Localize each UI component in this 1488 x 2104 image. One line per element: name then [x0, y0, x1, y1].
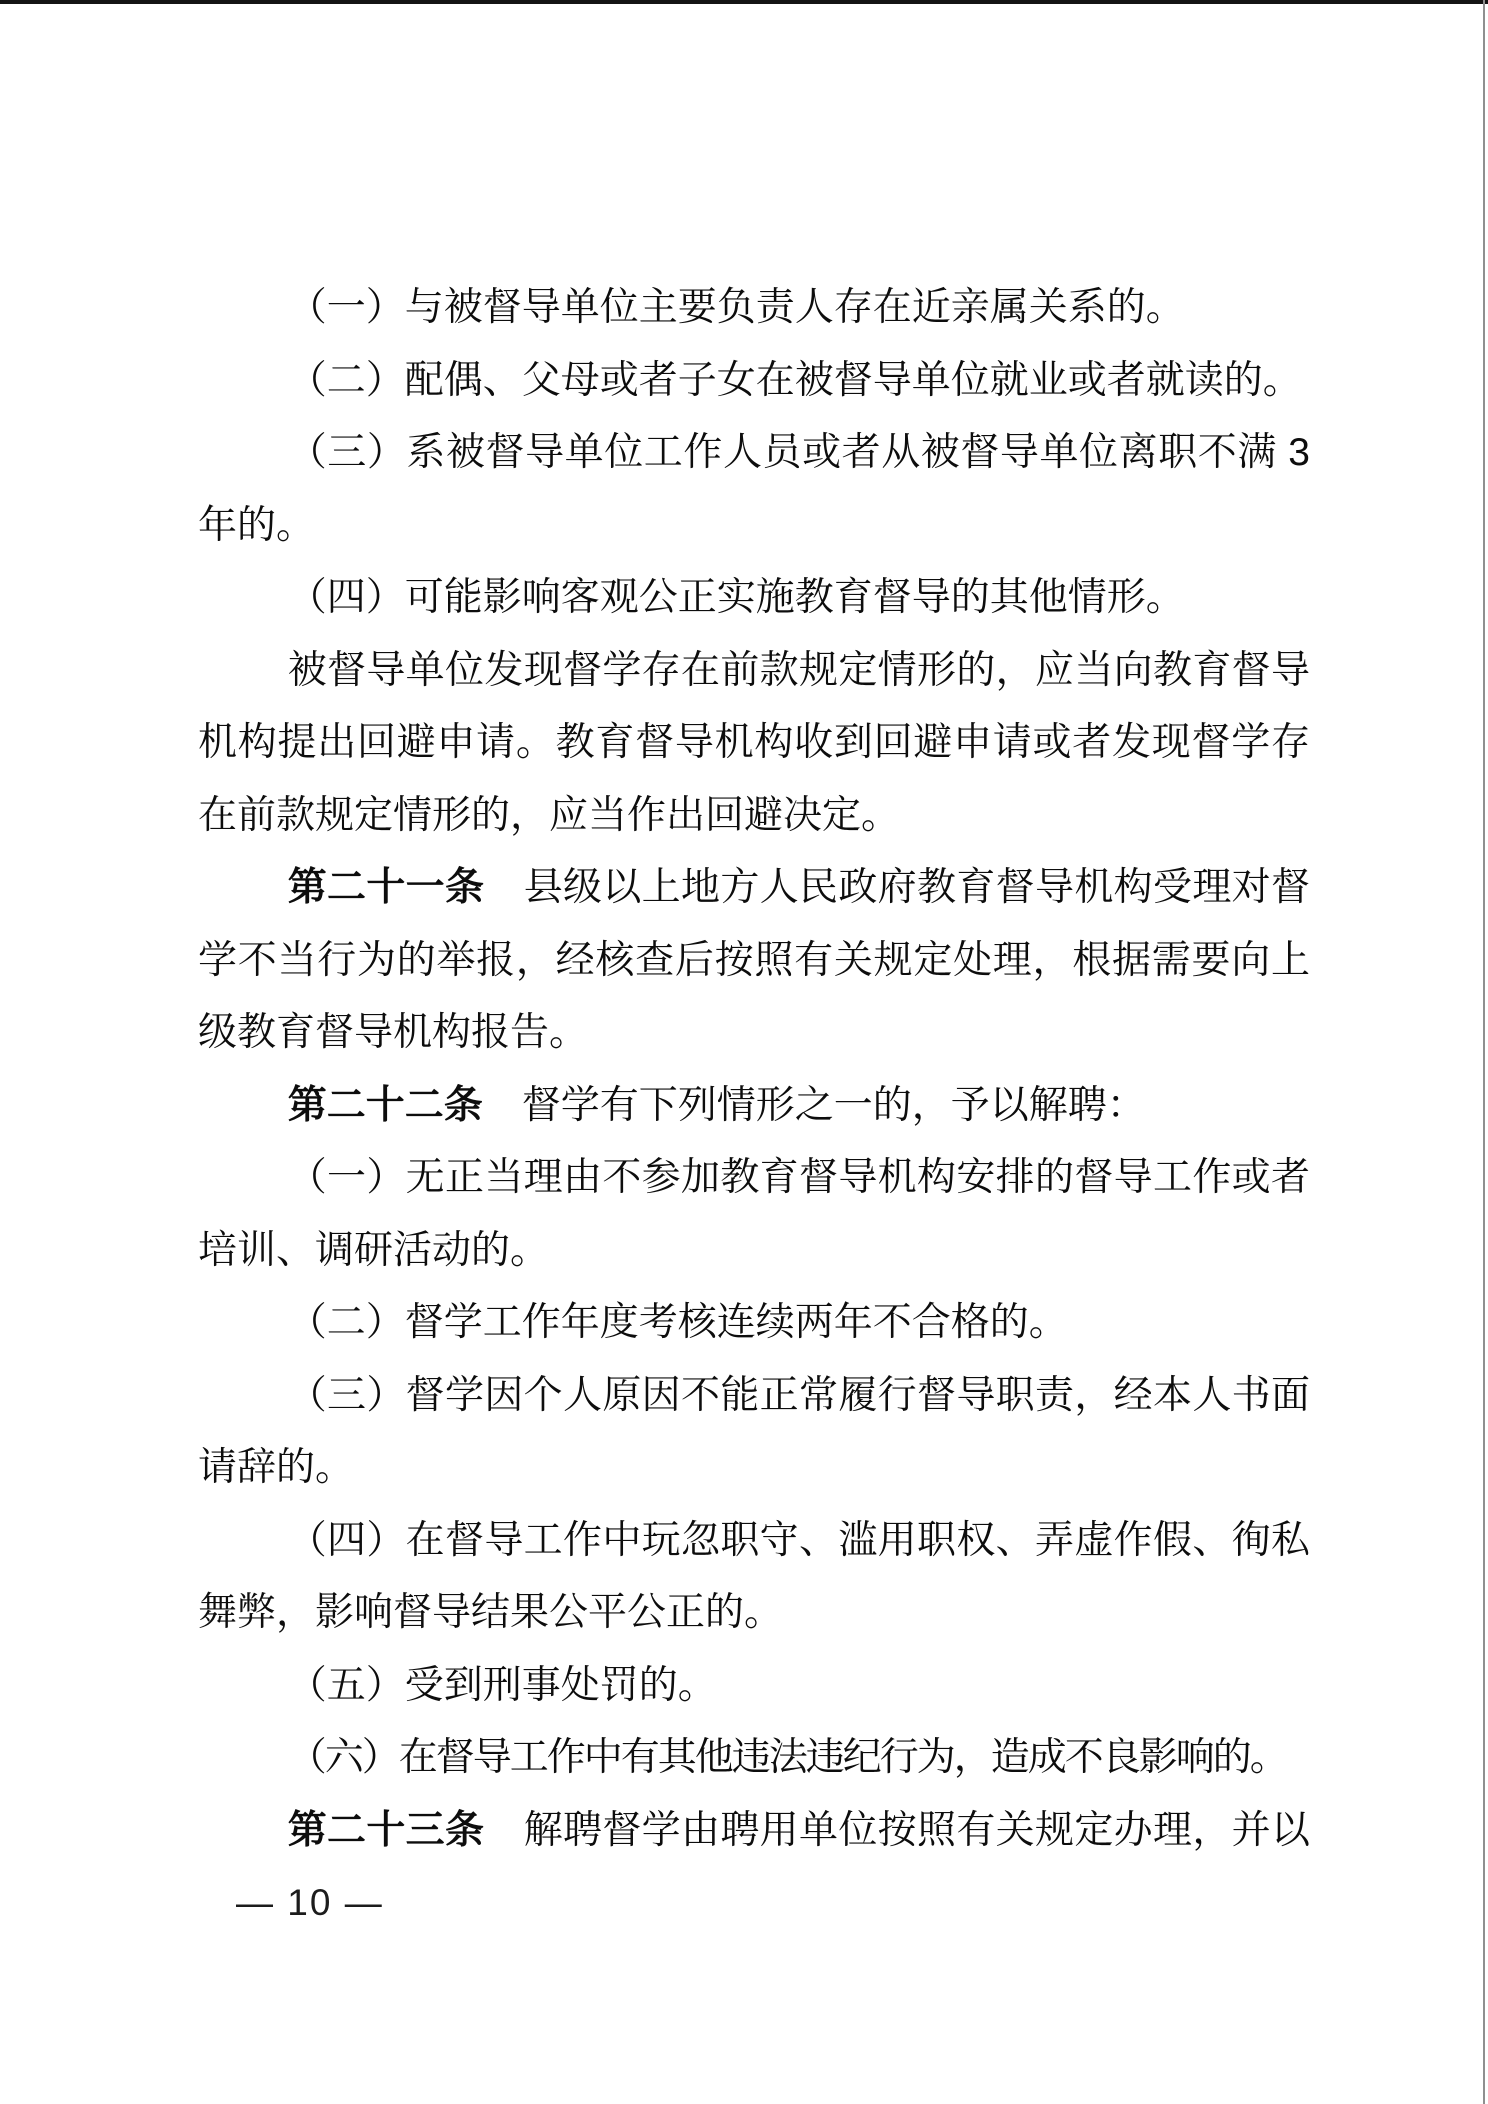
- line-text: 督学有下列情形之一的，予以解聘：: [483, 1084, 1146, 1127]
- text-line: 年的。: [198, 490, 1310, 563]
- article-number: 第二十二条: [288, 1084, 483, 1127]
- line-text: 舞弊，影响督导结果公平公正的。: [198, 1591, 783, 1634]
- line-text: 县级以上地方人民政府教育督导机构受理对督: [484, 866, 1310, 909]
- article-number: 第二十一条: [288, 866, 485, 909]
- text-line: 第二十三条 解聘督学由聘用单位按照有关规定办理，并以: [198, 1795, 1310, 1868]
- text-line: （四）在督导工作中玩忽职守、滥用职权、弄虚作假、徇私: [198, 1505, 1310, 1578]
- line-text: 年的。: [198, 504, 315, 547]
- text-line: （三）系被督导单位工作人员或者从被督导单位离职不满 3: [198, 417, 1310, 490]
- line-text: （四）在督导工作中玩忽职守、滥用职权、弄虚作假、徇私: [288, 1519, 1310, 1562]
- text-line: 机构提出回避申请。教育督导机构收到回避申请或者发现督学存: [198, 707, 1310, 780]
- text-line: （三）督学因个人原因不能正常履行督导职责，经本人书面: [198, 1360, 1310, 1433]
- text-line: 被督导单位发现督学存在前款规定情形的，应当向教育督导: [198, 635, 1310, 708]
- text-line: 请辞的。: [198, 1432, 1310, 1505]
- line-text: （一）无正当理由不参加教育督导机构安排的督导工作或者: [288, 1156, 1310, 1199]
- line-text: 培训、调研活动的。: [198, 1229, 549, 1272]
- text-line: （二）配偶、父母或者子女在被督导单位就业或者就读的。: [198, 345, 1310, 418]
- line-text: （二）配偶、父母或者子女在被督导单位就业或者就读的。: [288, 359, 1302, 402]
- line-text: （二）督学工作年度考核连续两年不合格的。: [288, 1301, 1068, 1344]
- line-text: （六）在督导工作中有其他违法违纪行为，造成不良影响的。: [288, 1736, 1287, 1779]
- line-text: （一）与被督导单位主要负责人存在近亲属关系的。: [288, 286, 1185, 329]
- text-line: 培训、调研活动的。: [198, 1215, 1310, 1288]
- page-number: — 10 —: [236, 1881, 384, 1925]
- line-text: 请辞的。: [198, 1446, 354, 1489]
- line-text: （三）督学因个人原因不能正常履行督导职责，经本人书面: [288, 1374, 1310, 1417]
- line-text: （四）可能影响客观公正实施教育督导的其他情形。: [288, 576, 1185, 619]
- text-line: （五）受到刑事处罚的。: [198, 1650, 1310, 1723]
- text-line: （一）无正当理由不参加教育督导机构安排的督导工作或者: [198, 1142, 1310, 1215]
- line-text: （三）系被督导单位工作人员或者从被督导单位离职不满 3: [288, 431, 1310, 474]
- text-line: 第二十一条 县级以上地方人民政府教育督导机构受理对督: [198, 852, 1310, 925]
- scan-edge-right: [1483, 0, 1485, 2104]
- line-text: 机构提出回避申请。教育督导机构收到回避申请或者发现督学存: [198, 721, 1310, 764]
- line-text: 解聘督学由聘用单位按照有关规定办理，并以: [484, 1809, 1310, 1852]
- text-line: （一）与被督导单位主要负责人存在近亲属关系的。: [198, 272, 1310, 345]
- line-text: 被督导单位发现督学存在前款规定情形的，应当向教育督导: [288, 649, 1310, 692]
- text-line: 级教育督导机构报告。: [198, 997, 1310, 1070]
- document-body: （一）与被督导单位主要负责人存在近亲属关系的。（二）配偶、父母或者子女在被督导单…: [198, 272, 1310, 1867]
- line-text: （五）受到刑事处罚的。: [288, 1664, 717, 1707]
- text-line: （六）在督导工作中有其他违法违纪行为，造成不良影响的。: [198, 1722, 1310, 1795]
- scan-edge-top: [0, 0, 1488, 4]
- text-line: 学不当行为的举报，经核查后按照有关规定处理，根据需要向上: [198, 925, 1310, 998]
- text-line: 第二十二条 督学有下列情形之一的，予以解聘：: [198, 1070, 1310, 1143]
- line-text: 学不当行为的举报，经核查后按照有关规定处理，根据需要向上: [198, 939, 1310, 982]
- line-text: 级教育督导机构报告。: [198, 1011, 588, 1054]
- text-line: （二）督学工作年度考核连续两年不合格的。: [198, 1287, 1310, 1360]
- text-line: 舞弊，影响督导结果公平公正的。: [198, 1577, 1310, 1650]
- line-text: 在前款规定情形的，应当作出回避决定。: [198, 794, 900, 837]
- text-line: 在前款规定情形的，应当作出回避决定。: [198, 780, 1310, 853]
- article-number: 第二十三条: [288, 1809, 485, 1852]
- text-line: （四）可能影响客观公正实施教育督导的其他情形。: [198, 562, 1310, 635]
